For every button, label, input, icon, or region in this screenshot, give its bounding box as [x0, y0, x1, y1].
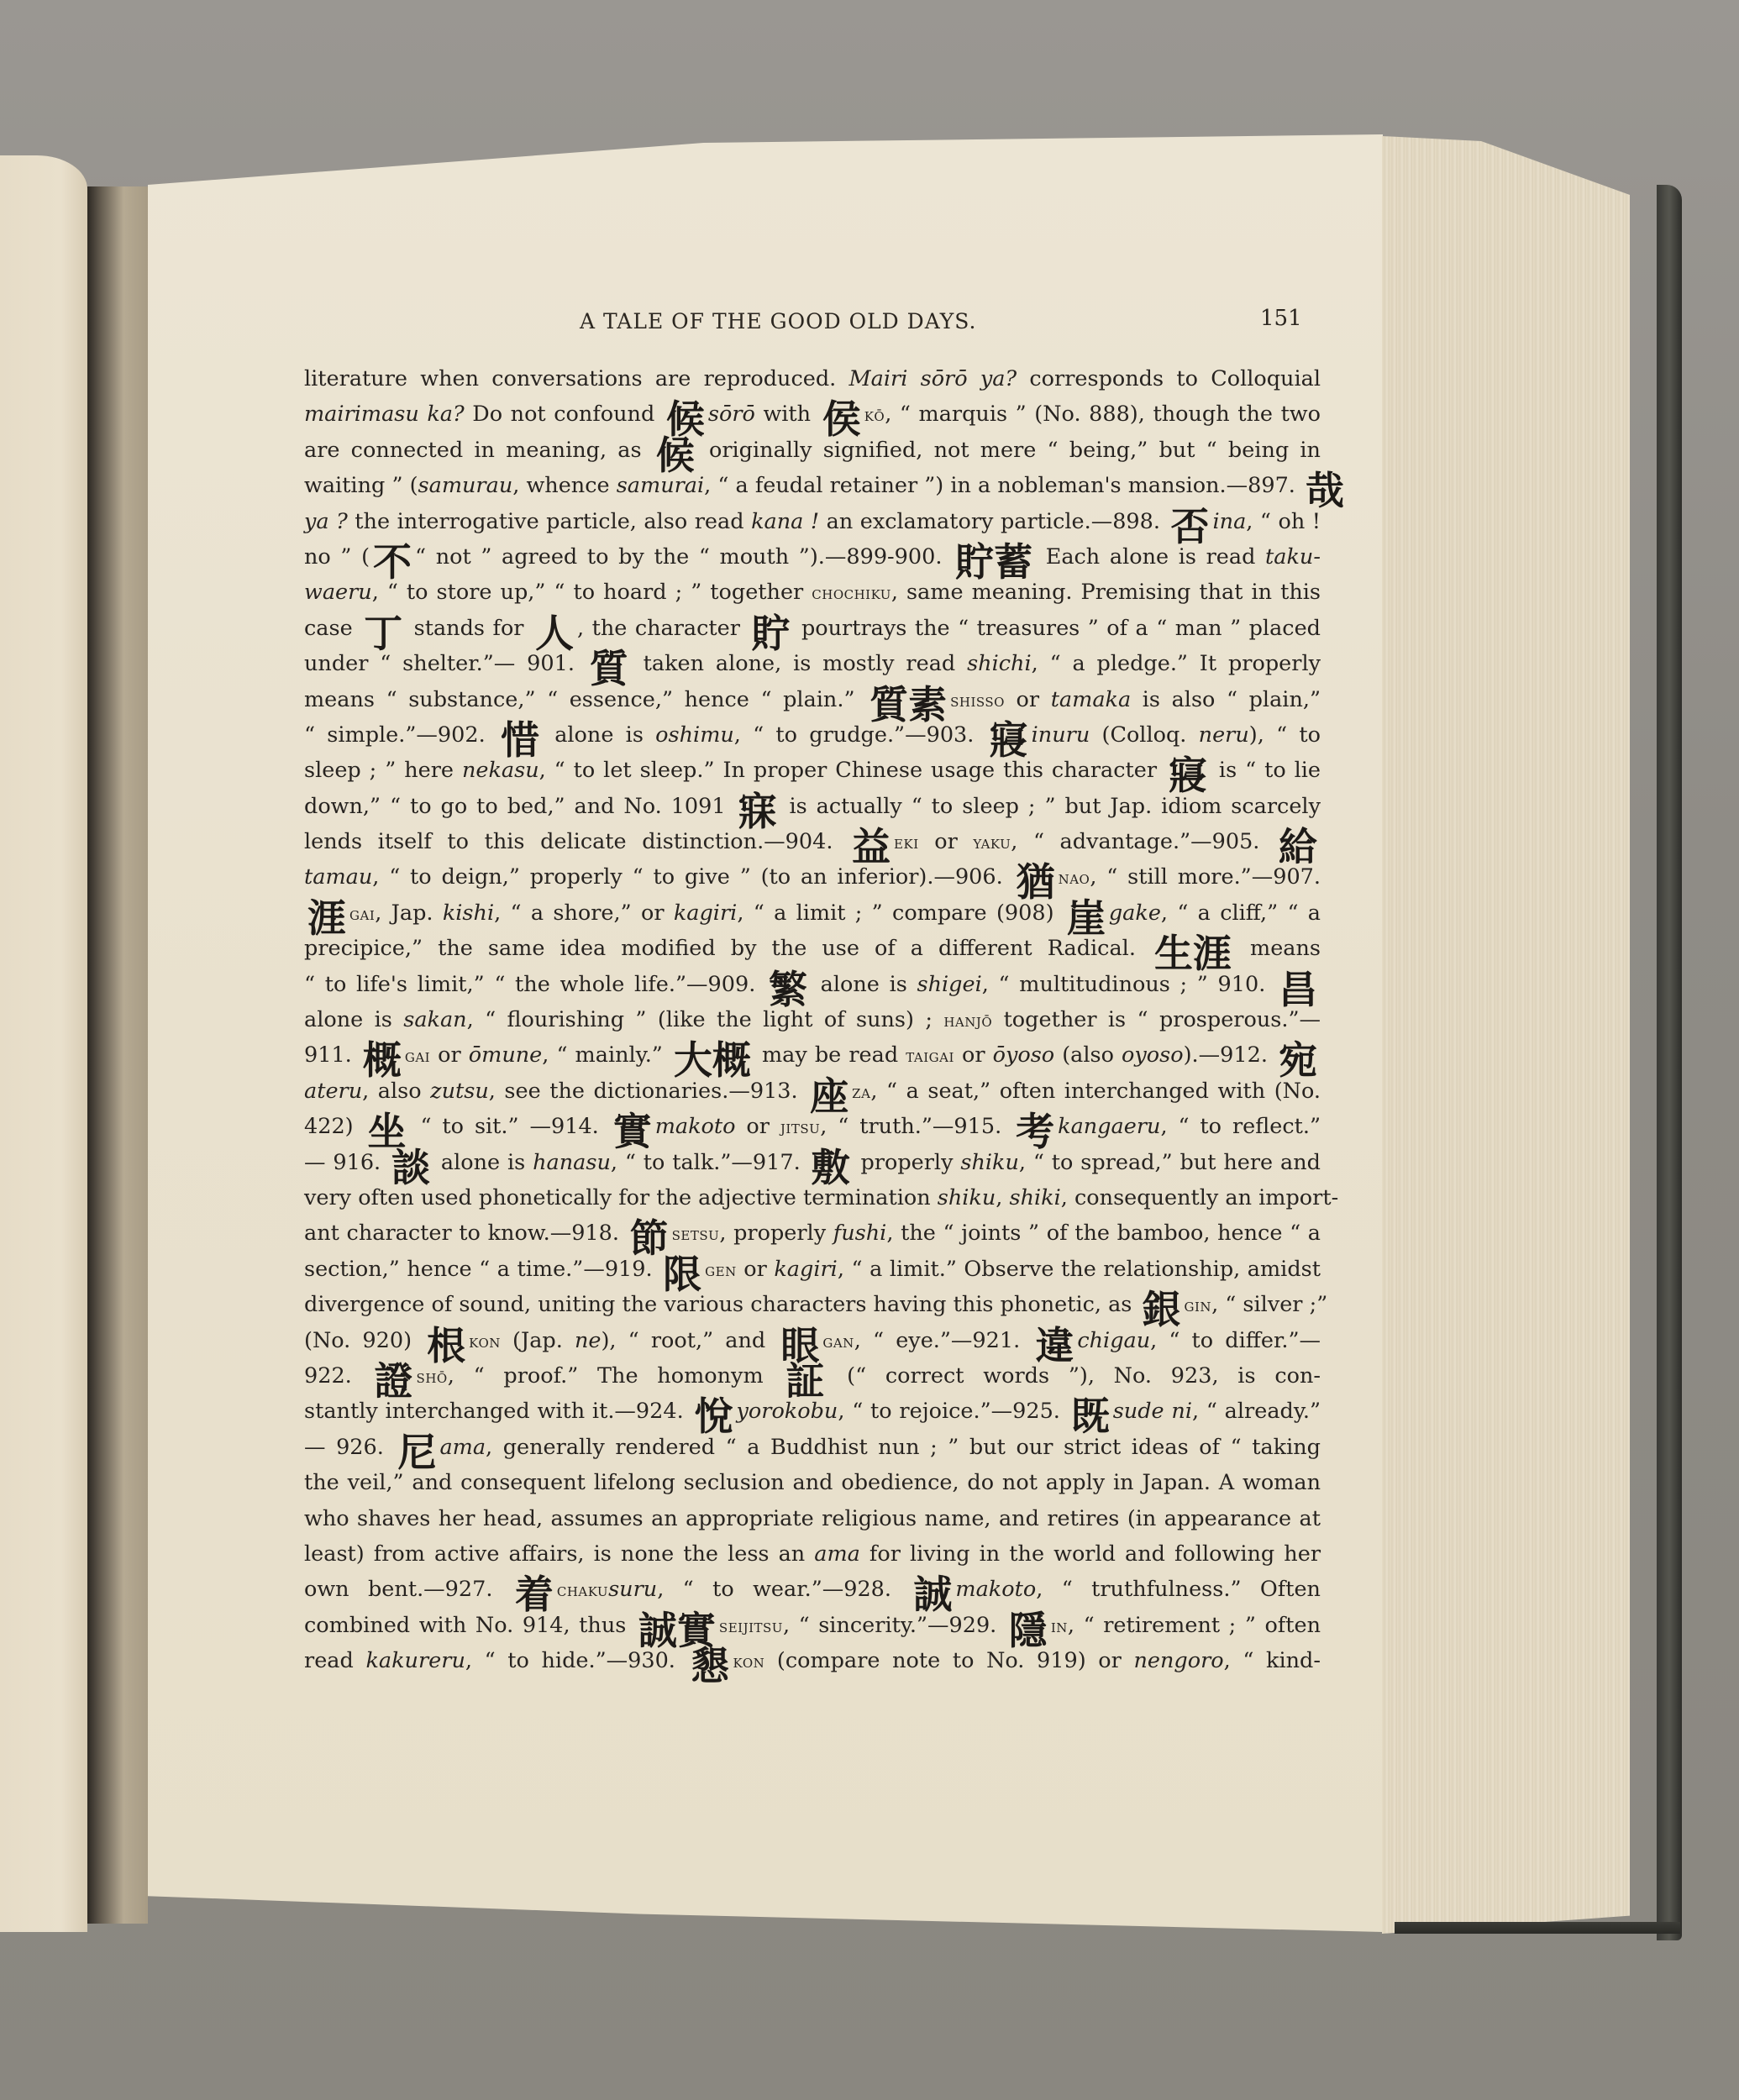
italic-term: suru	[608, 1577, 657, 1602]
text-line: case 丁 stands for 人, the character 貯 pou…	[304, 611, 1321, 646]
italic-term: nengoro	[1133, 1648, 1223, 1673]
italic-term: kana !	[751, 509, 819, 534]
text-run: divergence of sound, uniting the various…	[304, 1292, 1139, 1317]
kanji-character: 否	[1171, 510, 1210, 543]
kanji-character: 寢	[1169, 759, 1207, 792]
kanji-character: 給	[1279, 830, 1317, 864]
text-line: 422) 坐 “ to sit.” —914. 實makoto or jitsu…	[304, 1109, 1321, 1144]
text-run: down,” “ to go to bed,” and No. 1091	[304, 794, 735, 819]
book-gutter	[87, 186, 148, 1924]
text-line: own bent.—927. 着chakusuru, “ to wear.”—9…	[304, 1572, 1321, 1607]
italic-term: tamau	[304, 864, 372, 890]
kanji-character: 敷	[812, 1151, 850, 1184]
text-run: stands for	[406, 616, 532, 641]
italic-term: shiku	[938, 1185, 996, 1210]
text-run: , “ still more.”—907.	[1090, 864, 1321, 890]
text-line: — 916. 談 alone is hanasu, “ to talk.”—91…	[304, 1145, 1321, 1180]
text-run: , “ sincerity.”—929.	[783, 1613, 1006, 1638]
reading-smallcaps: shō	[417, 1367, 448, 1388]
page-number: 151	[1260, 306, 1302, 331]
italic-term: makoto	[955, 1577, 1036, 1602]
text-run: properly	[854, 1150, 961, 1175]
text-run: or	[736, 1114, 780, 1139]
kanji-character: 生涯	[1154, 937, 1232, 970]
text-run: , “ a shore,” or	[494, 900, 674, 926]
text-line: 922. 證shō, “ proof.” The homonym 証 (“ co…	[304, 1358, 1321, 1394]
text-run: (compare note to No. 919) or	[764, 1648, 1133, 1673]
text-run: stantly interchanged with it.—924.	[304, 1399, 691, 1424]
kanji-character: 侯	[822, 402, 861, 436]
text-line: 911. 概gai or ōmune, “ mainly.” 大概 may be…	[304, 1037, 1321, 1073]
reading-smallcaps: kon	[469, 1331, 501, 1352]
text-line: sleep ; ” here nekasu, “ to let sleep.” …	[304, 753, 1321, 788]
italic-term: neru	[1199, 722, 1249, 748]
italic-term: chigau	[1077, 1328, 1150, 1353]
text-run: , “ kind-	[1224, 1648, 1321, 1673]
italic-term: yorokobu	[737, 1399, 838, 1424]
italic-term: makoto	[655, 1114, 736, 1139]
kanji-character: 昌	[1279, 973, 1317, 1006]
text-run: , “ multitudinous ; ” 910.	[982, 972, 1275, 997]
book-cover-edge	[1657, 185, 1682, 1940]
text-run: (also	[1054, 1042, 1122, 1068]
left-page-edge	[0, 155, 87, 1932]
italic-term: oyoso	[1122, 1042, 1184, 1068]
text-run: may be read	[754, 1042, 906, 1068]
text-line: section,” hence “ a time.”—919. 限gen or …	[304, 1252, 1321, 1287]
text-run: , the “ joints ” of the bamboo, hence “ …	[886, 1221, 1321, 1246]
text-run: taken alone, is mostly read	[632, 651, 967, 676]
text-run: an exclamatory particle.—898.	[819, 509, 1167, 534]
kanji-character: 限	[663, 1257, 701, 1291]
text-run: , “ to store up,” “ to hoard ; ” togethe…	[372, 580, 812, 605]
text-line: lends itself to this delicate distinctio…	[304, 824, 1321, 859]
italic-term: samurai	[617, 473, 704, 498]
reading-smallcaps: setsu	[672, 1224, 720, 1245]
text-run: who shaves her head, assumes an appropri…	[304, 1506, 1321, 1531]
text-run: or	[737, 1257, 775, 1282]
text-line: “ to life's limit,” “ the whole life.”—9…	[304, 967, 1321, 1002]
italic-term: kishi	[443, 900, 494, 926]
text-run: least) from active affairs, is none the …	[304, 1541, 814, 1567]
text-line: tamau, “ to deign,” properly “ to give ”…	[304, 859, 1321, 895]
italic-term: taku-	[1265, 544, 1321, 570]
italic-term: ina	[1213, 509, 1247, 534]
text-run: , “ to talk.”—917.	[611, 1150, 808, 1175]
italic-term: sakan	[403, 1007, 466, 1032]
text-run: precipice,” the same idea modified by th…	[304, 936, 1151, 961]
text-run: , “ advantage.”—905.	[1011, 829, 1275, 854]
text-run: the veil,” and consequent lifelong seclu…	[304, 1470, 1321, 1495]
text-line: under “ shelter.”— 901. 質 taken alone, i…	[304, 646, 1321, 681]
kanji-character: 猶	[1017, 865, 1055, 899]
text-run: , “ to differ.”—	[1150, 1328, 1321, 1353]
text-run: alone is	[811, 972, 917, 997]
text-run: , Jap.	[375, 900, 443, 926]
italic-term: sude ni	[1113, 1399, 1192, 1424]
italic-term: ama	[439, 1435, 486, 1460]
kanji-character: 寐	[738, 795, 777, 828]
text-line: down,” “ to go to bed,” and No. 1091 寐 i…	[304, 789, 1321, 824]
text-run: , “ to let sleep.” In proper Chinese usa…	[539, 758, 1165, 783]
text-run: (Colloq.	[1090, 722, 1198, 748]
text-run: , “ to deign,” properly “ to give ” (to …	[372, 864, 1012, 890]
italic-term: shiku	[960, 1150, 1019, 1175]
text-run: case	[304, 616, 360, 641]
text-run: “ to sit.” —914.	[410, 1114, 610, 1139]
italic-term: ōyoso	[993, 1042, 1055, 1068]
text-line: alone is sakan, “ flourishing ” (like th…	[304, 1002, 1321, 1037]
kanji-character: 着	[515, 1578, 554, 1611]
text-run: , “ a limit.” Observe the relationship, …	[838, 1257, 1321, 1282]
italic-term: waeru	[304, 580, 372, 605]
kanji-character: 候	[656, 438, 695, 472]
text-line: precipice,” the same idea modified by th…	[304, 931, 1321, 966]
text-run: or	[919, 829, 974, 854]
text-run: , “ a seat,” often interchanged with (No…	[870, 1079, 1321, 1104]
italic-term: mairimasu ka?	[304, 402, 465, 427]
text-line: very often used phonetically for the adj…	[304, 1180, 1321, 1215]
text-run: , “ a pledge.” It properly	[1032, 651, 1321, 676]
text-run: sleep ; ” here	[304, 758, 462, 783]
text-run: “ simple.”—902.	[304, 722, 497, 748]
text-run: 911.	[304, 1042, 360, 1068]
text-line: 涯gai, Jap. kishi, “ a shore,” or kagiri,…	[304, 895, 1321, 931]
reading-smallcaps: jitsu	[780, 1117, 820, 1138]
text-run: literature when conversations are reprod…	[304, 366, 849, 391]
text-run: , “ silver ;”	[1211, 1292, 1327, 1317]
text-line: — 926. 尼ama, generally rendered “ a Budd…	[304, 1430, 1321, 1465]
text-line: ya ? the interrogative particle, also re…	[304, 504, 1321, 539]
text-run: , “ truthfulness.” Often	[1036, 1577, 1321, 1602]
reading-smallcaps: nao	[1059, 868, 1090, 889]
text-run: , consequently an import-	[1061, 1185, 1338, 1210]
kanji-character: 貯蓄	[955, 545, 1032, 579]
kanji-character: 益	[852, 830, 891, 864]
text-run: Do not confound	[465, 402, 663, 427]
text-run: section,” hence “ a time.”—919.	[304, 1257, 659, 1282]
text-run: is actually “ to sleep ; ” but Jap. idio…	[780, 794, 1321, 819]
reading-smallcaps: taigai	[906, 1046, 954, 1067]
text-run: , “ truth.”—915.	[820, 1114, 1012, 1139]
kanji-character: 概	[363, 1043, 402, 1077]
text-run: , same meaning. Premising that in this	[891, 580, 1321, 605]
kanji-character: 隱	[1009, 1614, 1048, 1647]
text-line: least) from active affairs, is none the …	[304, 1536, 1321, 1572]
text-run: Each alone is read	[1036, 544, 1265, 570]
kanji-character: 丁	[364, 617, 402, 650]
italic-term: samurau	[418, 473, 513, 498]
reading-smallcaps: gan	[822, 1331, 854, 1352]
text-run: , “ marquis ” (No. 888), though the two	[885, 402, 1321, 427]
text-run: is “ to lie	[1211, 758, 1321, 783]
italic-term: kakureru	[365, 1648, 465, 1673]
text-run: , “ a feudal retainer ”) in a nobleman's…	[704, 473, 1302, 498]
text-line: divergence of sound, uniting the various…	[304, 1287, 1321, 1322]
kanji-character: 銀	[1143, 1293, 1181, 1326]
text-run: pourtrays the “ treasures ” of a “ man ”…	[793, 616, 1321, 641]
text-run: , “ proof.” The homonym	[448, 1363, 783, 1389]
text-run: 922.	[304, 1363, 371, 1389]
text-run: with	[755, 402, 819, 427]
kanji-character: 繁	[769, 973, 807, 1006]
text-run: , properly	[719, 1221, 833, 1246]
text-run: read	[304, 1648, 365, 1673]
kanji-character: 違	[1035, 1329, 1074, 1362]
text-run: (Jap.	[501, 1328, 575, 1353]
text-run: under “ shelter.”— 901.	[304, 651, 586, 676]
reading-smallcaps: chaku	[557, 1580, 608, 1601]
text-line: who shaves her head, assumes an appropri…	[304, 1501, 1321, 1536]
text-run: means “ substance,” “ essence,” hence “ …	[304, 687, 866, 712]
kanji-character: 節	[630, 1221, 669, 1255]
kanji-character: 惜	[501, 723, 539, 757]
reading-smallcaps: seijitsu	[719, 1616, 783, 1637]
kanji-character: 實	[613, 1115, 652, 1148]
italic-term: kangaeru	[1058, 1114, 1160, 1139]
text-run: alone is	[433, 1150, 533, 1175]
kanji-character: 坐	[368, 1115, 407, 1148]
text-run: , “ eye.”—921.	[854, 1328, 1032, 1353]
text-run: “ to life's limit,” “ the whole life.”—9…	[304, 972, 765, 997]
italic-term: hanasu	[533, 1150, 611, 1175]
text-run: “ not ” agreed to by the “ mouth ”).—899…	[415, 544, 952, 570]
text-run: the interrogative particle, also read	[348, 509, 751, 534]
italic-term: inuru	[1032, 722, 1090, 748]
text-line: stantly interchanged with it.—924. 悅yoro…	[304, 1394, 1321, 1429]
text-run: , “ to wear.”—928.	[657, 1577, 910, 1602]
text-run: , “ oh !	[1246, 509, 1321, 534]
kanji-character: 哉	[1306, 474, 1344, 507]
text-run: , generally rendered “ a Buddhist nun ; …	[486, 1435, 1321, 1460]
text-line: the veil,” and consequent lifelong seclu…	[304, 1465, 1321, 1500]
text-run: originally signified, not mere “ being,”…	[698, 438, 1321, 463]
kanji-character: 談	[391, 1151, 430, 1184]
text-run: , whence	[512, 473, 616, 498]
text-run: alone is	[543, 722, 655, 748]
text-run: are connected in meaning, as	[304, 438, 653, 463]
text-run: , “ a cliff,” “ a	[1161, 900, 1321, 926]
reading-smallcaps: kō	[864, 405, 885, 426]
text-line: waeru, “ to store up,” “ to hoard ; ” to…	[304, 575, 1321, 610]
text-line: ant character to know.—918. 節setsu, prop…	[304, 1215, 1321, 1251]
italic-term: ōmune	[469, 1042, 542, 1068]
kanji-character: 証	[785, 1364, 824, 1398]
italic-term: kagiri	[774, 1257, 837, 1282]
kanji-character: 寢	[990, 723, 1028, 757]
kanji-character: 尼	[397, 1436, 436, 1469]
page-fore-edge	[1382, 136, 1630, 1934]
text-run: or	[430, 1042, 469, 1068]
kanji-character: 宛	[1279, 1043, 1317, 1077]
text-run: , “ to grudge.”—903.	[734, 722, 986, 748]
italic-term: ama	[814, 1541, 860, 1567]
reading-smallcaps: in	[1051, 1616, 1068, 1637]
kanji-character: 證	[375, 1364, 413, 1398]
reading-smallcaps: gai	[349, 904, 375, 925]
text-line: combined with No. 914, thus 誠實seijitsu, …	[304, 1608, 1321, 1643]
kanji-character: 貯	[751, 617, 790, 650]
text-run: very often used phonetically for the adj…	[304, 1185, 938, 1210]
italic-term: Mairi sōrō ya?	[849, 366, 1017, 391]
text-run: corresponds to Colloquial	[1017, 366, 1321, 391]
text-run: — 926.	[304, 1435, 394, 1460]
text-run: ).—912.	[1184, 1042, 1275, 1068]
text-run: 422)	[304, 1114, 365, 1139]
kanji-character: 質	[590, 652, 628, 685]
text-line: literature when conversations are reprod…	[304, 361, 1321, 396]
kanji-character: 根	[427, 1329, 465, 1362]
text-run: own bent.—927.	[304, 1577, 512, 1602]
kanji-character: 不	[373, 545, 412, 579]
italic-term: gake	[1109, 900, 1161, 926]
text-line: mairimasu ka? Do not confound 候sōrō with…	[304, 396, 1321, 432]
text-run: , the character	[577, 616, 748, 641]
kanji-character: 既	[1071, 1399, 1110, 1433]
text-run: , “ retirement ; ” often	[1068, 1613, 1321, 1638]
text-line: are connected in meaning, as 候 originall…	[304, 433, 1321, 468]
kanji-character: 懇	[691, 1649, 730, 1683]
italic-term: oshimu	[655, 722, 734, 748]
italic-term: shichi	[967, 651, 1032, 676]
text-run: lends itself to this delicate distinctio…	[304, 829, 848, 854]
italic-term: ateru	[304, 1079, 362, 1104]
text-run: means	[1235, 936, 1321, 961]
text-run: together is “ prosperous.”—	[992, 1007, 1321, 1032]
text-line: waiting ” (samurau, whence samurai, “ a …	[304, 468, 1321, 503]
kanji-character: 眼	[780, 1329, 819, 1362]
kanji-character: 座	[810, 1079, 848, 1113]
kanji-character: 考	[1016, 1115, 1054, 1148]
text-run: , “ to spread,” but here and	[1019, 1150, 1321, 1175]
kanji-character: 誠	[913, 1578, 952, 1611]
italic-term: tamaka	[1051, 687, 1132, 712]
italic-term: ya ?	[304, 509, 348, 534]
italic-term: fushi	[833, 1221, 887, 1246]
body-text: literature when conversations are reprod…	[304, 361, 1321, 1678]
running-head: A TALE OF THE GOOD OLD DAYS.	[580, 309, 976, 333]
text-run: (No. 920)	[304, 1328, 423, 1353]
kanji-character: 質素	[869, 688, 947, 722]
text-run: — 916.	[304, 1150, 388, 1175]
text-run: , “ to reflect.”	[1160, 1114, 1321, 1139]
text-run: for living in the world and following he…	[860, 1541, 1321, 1567]
text-line: “ simple.”—902. 惜 alone is oshimu, “ to …	[304, 717, 1321, 753]
text-run: is also “ plain,”	[1131, 687, 1321, 712]
text-run: , “ to hide.”—930.	[465, 1648, 688, 1673]
italic-term: ne	[575, 1328, 602, 1353]
text-line: means “ substance,” “ essence,” hence “ …	[304, 682, 1321, 717]
kanji-character: 大概	[674, 1043, 751, 1077]
italic-term: zutsu	[430, 1079, 489, 1104]
text-run: , “ to rejoice.”—925.	[838, 1399, 1067, 1424]
text-run: no ” (	[304, 544, 370, 570]
reading-smallcaps: hanjō	[943, 1011, 992, 1032]
kanji-character: 悅	[695, 1399, 733, 1433]
kanji-character: 候	[666, 402, 705, 436]
book-cover-bottom	[1395, 1922, 1680, 1934]
text-run: ), “ root,” and	[601, 1328, 777, 1353]
kanji-character: 誠實	[638, 1614, 716, 1647]
kanji-character: 人	[535, 617, 574, 650]
text-run: or	[1005, 687, 1051, 712]
text-run: alone is	[304, 1007, 403, 1032]
italic-term: shigei	[917, 972, 982, 997]
text-run: , “ flourishing ” (like the light of sun…	[467, 1007, 944, 1032]
italic-term: nekasu	[462, 758, 539, 783]
text-run: ), “ to	[1249, 722, 1321, 748]
reading-smallcaps: eki	[894, 832, 919, 853]
reading-smallcaps: gen	[705, 1260, 737, 1281]
text-run: , also	[362, 1079, 430, 1104]
text-line: read kakureru, “ to hide.”—930. 懇kon (co…	[304, 1643, 1321, 1678]
text-run: , “ already.”	[1192, 1399, 1321, 1424]
text-run: ant character to know.—918.	[304, 1221, 627, 1246]
reading-smallcaps: za	[852, 1082, 870, 1103]
text-run: , “ mainly.”	[542, 1042, 670, 1068]
kanji-character: 崖	[1067, 901, 1106, 935]
italic-term: shiki	[1010, 1185, 1061, 1210]
kanji-character: 涯	[307, 901, 346, 935]
reading-smallcaps: yaku	[973, 832, 1011, 853]
text-run: waiting ” (	[304, 473, 418, 498]
text-run: , “ a limit ; ” compare (908)	[737, 900, 1064, 926]
text-run: (“ correct words ”), No. 923, is con-	[827, 1363, 1321, 1389]
text-run: combined with No. 914, thus	[304, 1613, 635, 1638]
reading-smallcaps: gai	[405, 1046, 430, 1067]
italic-term: sōrō	[708, 402, 755, 427]
reading-smallcaps: chochiku	[812, 583, 891, 604]
reading-smallcaps: shisso	[950, 690, 1005, 711]
text-line: ateru, also zutsu, see the dictionaries.…	[304, 1074, 1321, 1109]
text-run: or	[954, 1042, 993, 1068]
text-run: , see the dictionaries.—913.	[489, 1079, 806, 1104]
reading-smallcaps: gin	[1185, 1295, 1212, 1316]
text-run: ,	[996, 1185, 1009, 1210]
text-line: (No. 920) 根kon (Jap. ne), “ root,” and 眼…	[304, 1323, 1321, 1358]
text-line: no ” (不“ not ” agreed to by the “ mouth …	[304, 539, 1321, 575]
italic-term: kagiri	[674, 900, 737, 926]
reading-smallcaps: kon	[733, 1651, 765, 1672]
